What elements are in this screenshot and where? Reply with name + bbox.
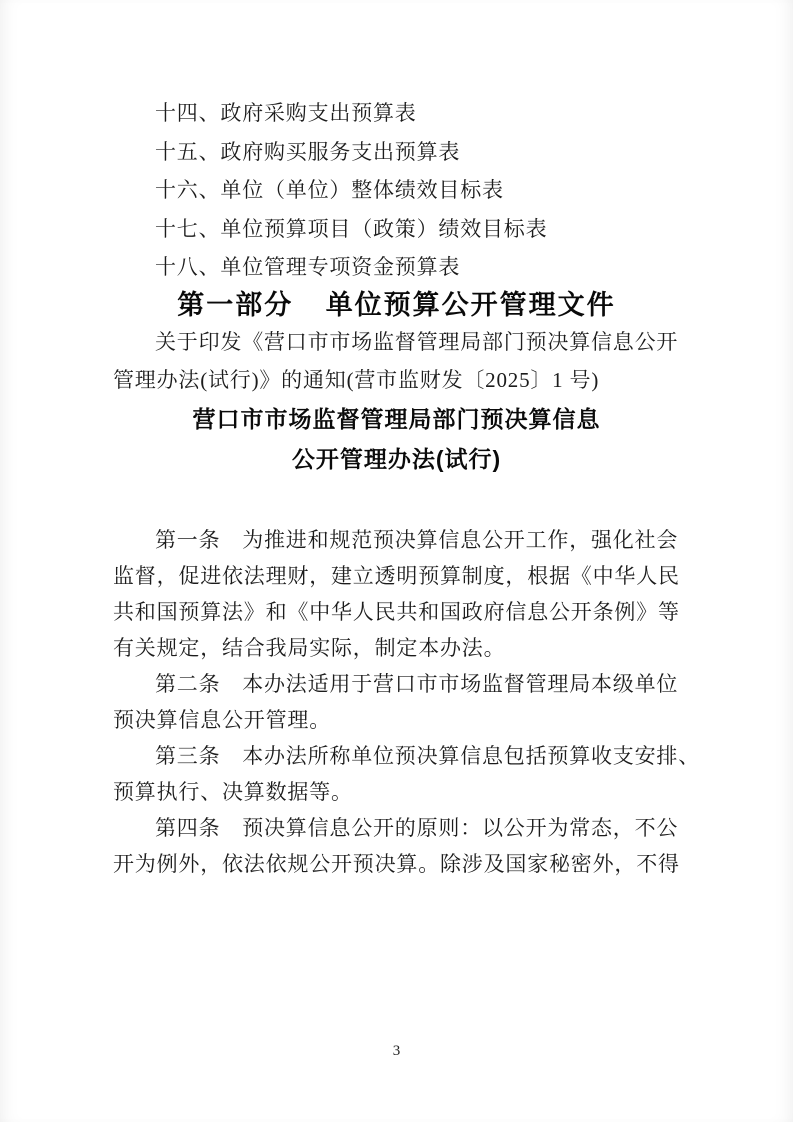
article-paragraph: 第四条 预决算信息公开的原则：以公开为常态，不公 开为例外，依法依规公开预决算。…	[113, 810, 680, 882]
page-content: 十四、政府采购支出预算表 十五、政府购买服务支出预算表 十六、单位（单位）整体绩…	[113, 0, 680, 882]
list-item: 十五、政府购买服务支出预算表	[113, 133, 680, 172]
list-item: 十七、单位预算项目（政策）绩效目标表	[113, 210, 680, 249]
article-paragraph: 第二条 本办法适用于营口市市场监督管理局本级单位 预决算信息公开管理。	[113, 666, 680, 738]
section-part-label: 第一部分	[177, 290, 293, 320]
document-page: 十四、政府采购支出预算表 十五、政府购买服务支出预算表 十六、单位（单位）整体绩…	[0, 0, 793, 1122]
page-number: 3	[0, 1044, 793, 1059]
article-body: 第一条 为推进和规范预决算信息公开工作，强化社会 监督，促进依法理财，建立透明预…	[113, 522, 680, 882]
article-paragraph: 第一条 为推进和规范预决算信息公开工作，强化社会 监督，促进依法理财，建立透明预…	[113, 522, 680, 666]
list-item: 十四、政府采购支出预算表	[113, 94, 680, 133]
article-paragraph: 第三条 本办法所称单位预决算信息包括预算收支安排、 预算执行、决算数据等。	[113, 738, 680, 810]
list-item: 十八、单位管理专项资金预算表	[113, 248, 680, 287]
notice-paragraph: 关于印发《营口市市场监督管理局部门预决算信息公开 管理办法(试行)》的通知(营市…	[113, 323, 680, 399]
document-title: 营口市市场监督管理局部门预决算信息 公开管理办法(试行)	[113, 399, 680, 479]
section-heading: 第一部分单位预算公开管理文件	[113, 287, 680, 323]
section-title: 单位预算公开管理文件	[326, 290, 616, 320]
attachment-table-list: 十四、政府采购支出预算表 十五、政府购买服务支出预算表 十六、单位（单位）整体绩…	[113, 94, 680, 287]
list-item: 十六、单位（单位）整体绩效目标表	[113, 171, 680, 210]
